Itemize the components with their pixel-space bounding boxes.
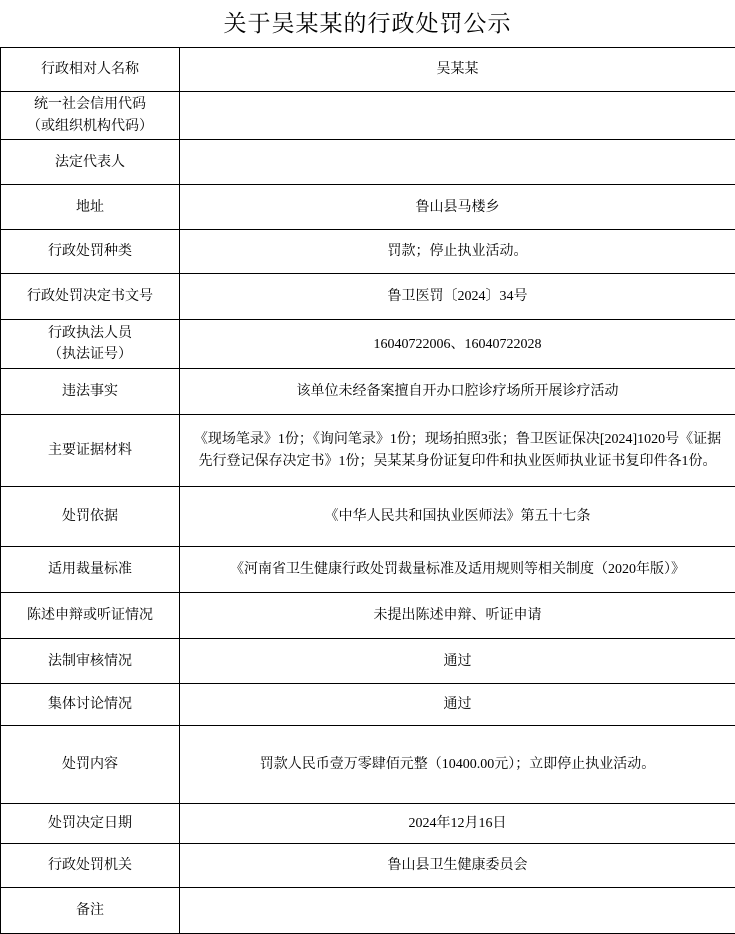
- row-label: 行政处罚决定书文号: [1, 274, 180, 320]
- table-row: 适用裁量标准《河南省卫生健康行政处罚裁量标准及适用规则等相关制度（2020年版）…: [1, 547, 735, 593]
- row-label: 法制审核情况: [1, 639, 180, 684]
- row-value: 未提出陈述申辩、听证申请: [180, 593, 735, 639]
- table-row: 备注: [1, 888, 735, 934]
- table-row: 行政处罚种类罚款；停止执业活动。: [1, 230, 735, 274]
- table-row: 违法事实该单位未经备案擅自开办口腔诊疗场所开展诊疗活动: [1, 369, 735, 415]
- row-label: 法定代表人: [1, 140, 180, 185]
- table-row: 法制审核情况通过: [1, 639, 735, 684]
- row-value: 鲁山县卫生健康委员会: [180, 844, 735, 888]
- row-value: 罚款人民币壹万零肆佰元整（10400.00元）；立即停止执业活动。: [180, 726, 735, 804]
- row-label: 陈述申辩或听证情况: [1, 593, 180, 639]
- row-value: 该单位未经备案擅自开办口腔诊疗场所开展诊疗活动: [180, 369, 735, 415]
- table-row: 行政处罚决定书文号鲁卫医罚〔2024〕34号: [1, 274, 735, 320]
- row-value: 鲁卫医罚〔2024〕34号: [180, 274, 735, 320]
- row-label: 处罚决定日期: [1, 804, 180, 844]
- row-value: 鲁山县马楼乡: [180, 185, 735, 230]
- row-label: 处罚内容: [1, 726, 180, 804]
- row-value: 《河南省卫生健康行政处罚裁量标准及适用规则等相关制度（2020年版）》: [180, 547, 735, 593]
- table-row: 集体讨论情况通过: [1, 684, 735, 726]
- row-value: 吴某某: [180, 48, 735, 92]
- row-label: 适用裁量标准: [1, 547, 180, 593]
- row-value: 《现场笔录》1份；《询问笔录》1份；现场拍照3张；鲁卫医证保决[2024]102…: [180, 415, 735, 487]
- table-row: 处罚决定日期2024年12月16日: [1, 804, 735, 844]
- table-row: 行政相对人名称吴某某: [1, 48, 735, 92]
- row-label: 集体讨论情况: [1, 684, 180, 726]
- row-value: [180, 140, 735, 185]
- row-label: 处罚依据: [1, 487, 180, 547]
- penalty-table: 行政相对人名称吴某某统一社会信用代码 （或组织机构代码）法定代表人地址鲁山县马楼…: [0, 47, 735, 934]
- row-label: 行政处罚机关: [1, 844, 180, 888]
- row-value: [180, 92, 735, 140]
- row-label: 行政执法人员 （执法证号）: [1, 320, 180, 369]
- table-row: 陈述申辩或听证情况未提出陈述申辩、听证申请: [1, 593, 735, 639]
- table-row: 行政处罚机关鲁山县卫生健康委员会: [1, 844, 735, 888]
- row-label: 违法事实: [1, 369, 180, 415]
- row-value: 通过: [180, 684, 735, 726]
- page-title: 关于吴某某的行政处罚公示: [0, 0, 735, 47]
- row-value: 通过: [180, 639, 735, 684]
- penalty-notice-page: 关于吴某某的行政处罚公示 行政相对人名称吴某某统一社会信用代码 （或组织机构代码…: [0, 0, 735, 924]
- row-value: 《中华人民共和国执业医师法》第五十七条: [180, 487, 735, 547]
- row-label: 备注: [1, 888, 180, 934]
- row-value: 罚款；停止执业活动。: [180, 230, 735, 274]
- row-label: 行政处罚种类: [1, 230, 180, 274]
- table-row: 地址鲁山县马楼乡: [1, 185, 735, 230]
- table-row: 处罚内容罚款人民币壹万零肆佰元整（10400.00元）；立即停止执业活动。: [1, 726, 735, 804]
- row-value: 2024年12月16日: [180, 804, 735, 844]
- table-row: 主要证据材料《现场笔录》1份；《询问笔录》1份；现场拍照3张；鲁卫医证保决[20…: [1, 415, 735, 487]
- row-value: 16040722006、16040722028: [180, 320, 735, 369]
- row-label: 行政相对人名称: [1, 48, 180, 92]
- penalty-table-body: 行政相对人名称吴某某统一社会信用代码 （或组织机构代码）法定代表人地址鲁山县马楼…: [1, 48, 735, 934]
- row-value: [180, 888, 735, 934]
- table-row: 处罚依据《中华人民共和国执业医师法》第五十七条: [1, 487, 735, 547]
- row-label: 统一社会信用代码 （或组织机构代码）: [1, 92, 180, 140]
- table-row: 法定代表人: [1, 140, 735, 185]
- table-row: 统一社会信用代码 （或组织机构代码）: [1, 92, 735, 140]
- table-row: 行政执法人员 （执法证号）16040722006、16040722028: [1, 320, 735, 369]
- row-label: 主要证据材料: [1, 415, 180, 487]
- row-label: 地址: [1, 185, 180, 230]
